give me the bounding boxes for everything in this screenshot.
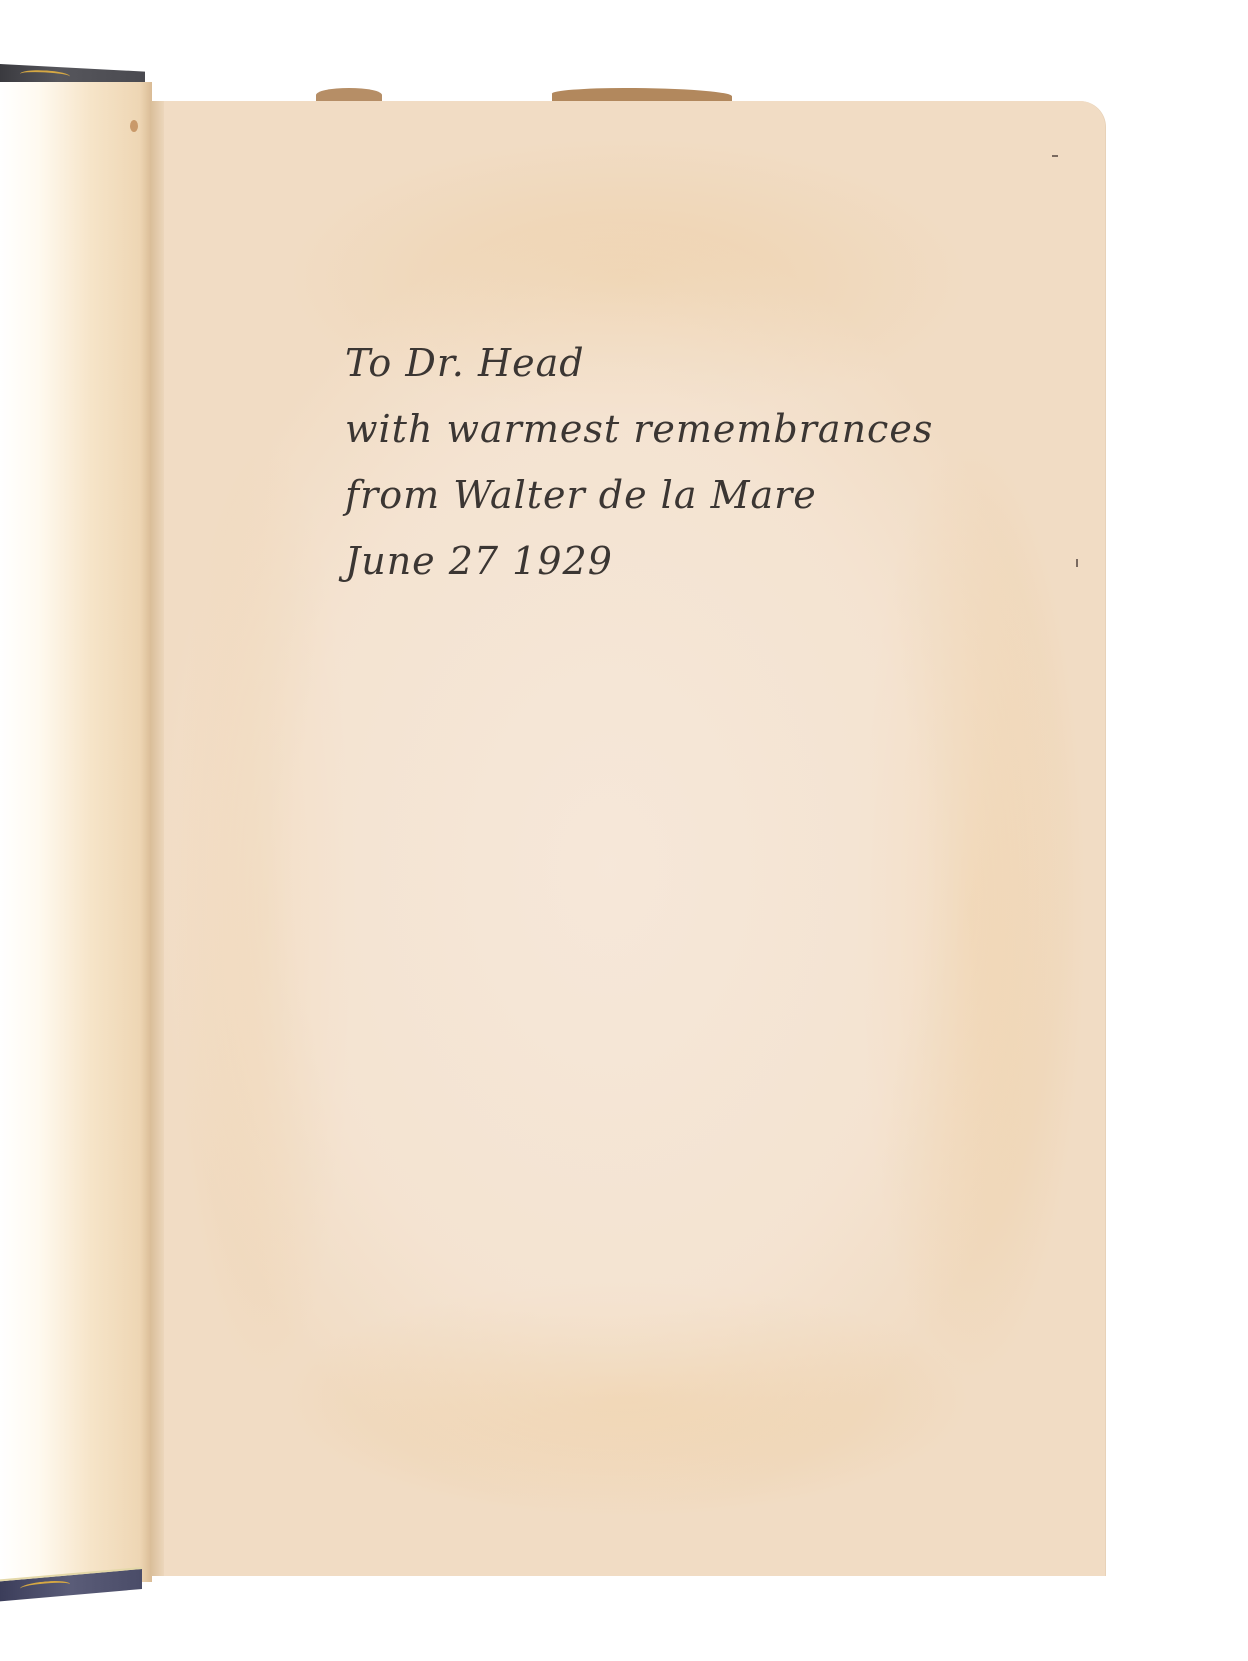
- inscription-line: with warmest remembrances: [345, 396, 933, 462]
- paper-tab-left: [316, 88, 382, 102]
- paper-tab-right: [552, 88, 732, 102]
- edge-mark: [1052, 155, 1058, 157]
- handwritten-inscription: To Dr. Head with warmest remembrances fr…: [345, 330, 933, 594]
- inscription-line: June 27 1929: [345, 528, 933, 594]
- inscription-line: from Walter de la Mare: [345, 462, 933, 528]
- page-gutter: [150, 101, 164, 1576]
- stain-spot: [130, 120, 138, 132]
- endpaper-page: [150, 101, 1105, 1576]
- edge-mark: [1076, 559, 1078, 567]
- inscription-line: To Dr. Head: [345, 330, 933, 396]
- foxing-stains: [150, 101, 1105, 1576]
- left-flyleaf: [0, 82, 152, 1582]
